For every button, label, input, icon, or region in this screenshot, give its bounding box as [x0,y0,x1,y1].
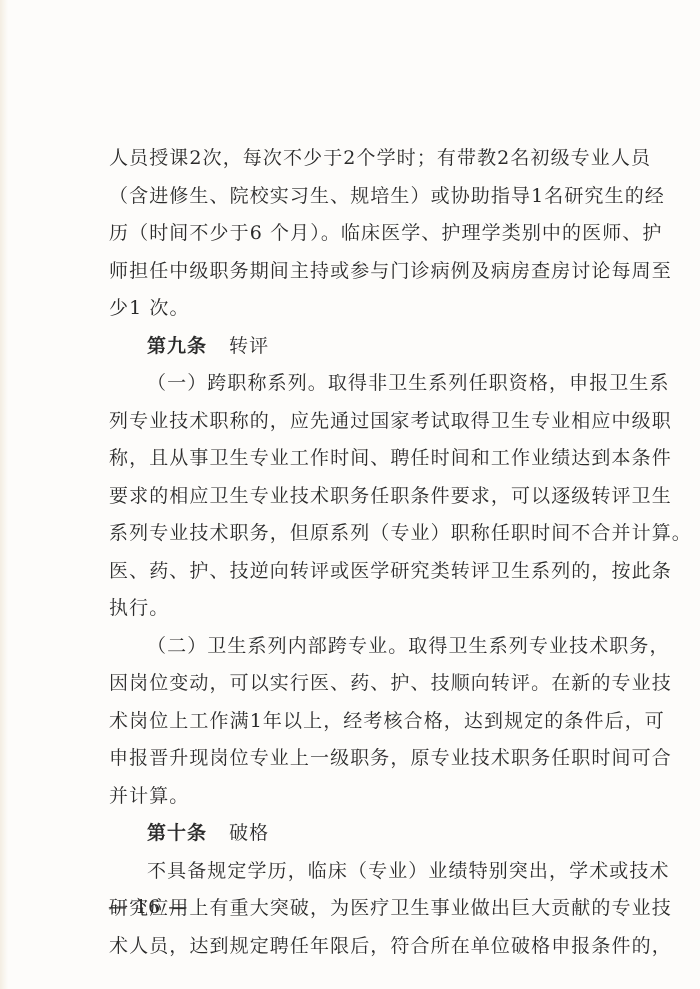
text-line: 要求的相应卫生专业技术职务任职条件要求，可以逐级转评卫生 [109,478,585,516]
article-10-title: 破格 [229,822,269,844]
document-page: 人员授课2次，每次不少于2个学时；有带教2名初级专业人员 （含进修生、院校实习生… [109,140,585,965]
text-line: 执行。 [109,590,585,628]
text-line: （含进修生、院校实习生、规培生）或协助指导1名研究生的经 [109,178,585,216]
text-line: 不具备规定学历，临床（专业）业绩特别突出，学术或技术 [109,853,585,891]
text-line: 历（时间不少于6 个月）。临床医学、护理学类别中的医师、护 [109,215,585,253]
text-line: 列专业技术职称的，应先通过国家考试取得卫生专业相应中级职 [109,403,585,441]
page-edge-shadow [0,0,8,989]
text-line: 人员授课2次，每次不少于2个学时；有带教2名初级专业人员 [109,140,585,178]
text-line: 术人员，达到规定聘任年限后，符合所在单位破格申报条件的， [109,928,585,966]
article-9-heading: 第九条转评 [109,328,585,366]
text-line: 系列专业技术职务，但原系列（专业）职称任职时间不合并计算。 [109,515,585,553]
text-line: 医、药、护、技逆向转评或医学研究类转评卫生系列的，按此条 [109,553,585,591]
text-line: 因岗位变动，可以实行医、药、护、技顺向转评。在新的专业技 [109,665,585,703]
text-line: 申报晋升现岗位专业上一级职务，原专业技术职务任职时间可合 [109,740,585,778]
text-line: （一）跨职称系列。取得非卫生系列任职资格，申报卫生系 [109,365,585,403]
article-9-number: 第九条 [147,335,207,357]
article-9-title: 转评 [229,335,269,357]
article-10-heading: 第十条破格 [109,815,585,853]
text-line: 称，且从事卫生专业工作时间、聘任时间和工作业绩达到本条件 [109,440,585,478]
text-line: 术岗位上工作满1年以上，经考核合格，达到规定的条件后，可 [109,703,585,741]
text-line: 师担任中级职务期间主持或参与门诊病例及病房查房讨论每周至 [109,253,585,291]
page-number: — 16 — [108,896,188,918]
article-10-number: 第十条 [147,822,207,844]
text-line: （二）卫生系列内部跨专业。取得卫生系列专业技术职务， [109,628,585,666]
text-line: 少1 次。 [109,290,585,328]
text-line: 并计算。 [109,778,585,816]
